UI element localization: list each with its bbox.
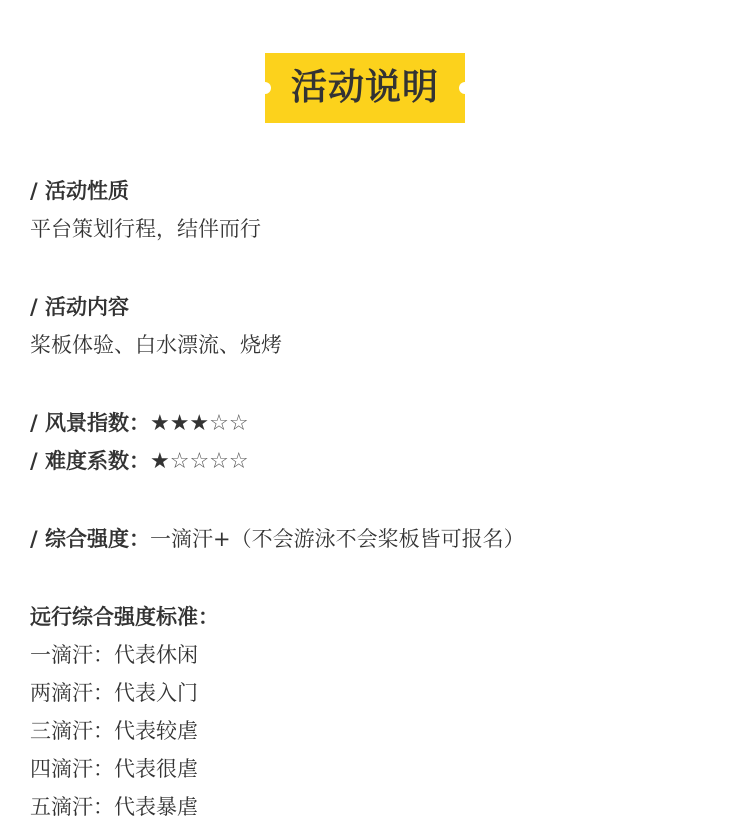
standard-item: 两滴汗：代表入门: [30, 674, 710, 712]
activity-description-banner: 活动说明: [265, 53, 465, 123]
nature-body: 平台策划行程，结伴而行: [30, 210, 710, 248]
spacer: [30, 558, 710, 598]
star-empty-icon: ☆☆: [209, 411, 248, 436]
banner-title: 活动说明: [291, 70, 439, 106]
standard-item: 一滴汗：代表休闲: [30, 636, 710, 674]
spacer: [30, 364, 710, 404]
scenery-rating-row: / 风景指数：★★★☆☆: [30, 404, 710, 442]
star-filled-icon: ★★★: [150, 411, 209, 436]
spacer: [30, 248, 710, 288]
scenery-stars: ★★★☆☆: [150, 411, 249, 436]
intensity-row: / 综合强度：一滴汗+（不会游泳不会桨板皆可报名）: [30, 520, 710, 558]
standard-item: 五滴汗：代表暴虐: [30, 788, 710, 826]
standard-item: 三滴汗：代表较虐: [30, 712, 710, 750]
intensity-value: 一滴汗+（不会游泳不会桨板皆可报名）: [150, 527, 525, 551]
intensity-label: / 综合强度：: [30, 527, 150, 551]
standard-heading: 远行综合强度标准：: [30, 598, 710, 636]
nature-heading: / 活动性质: [30, 172, 710, 210]
standard-item: 四滴汗：代表很虐: [30, 750, 710, 788]
ticket-notch-left: [259, 82, 271, 94]
content-heading: / 活动内容: [30, 288, 710, 326]
scenery-label: / 风景指数：: [30, 411, 150, 435]
ticket-notch-right: [459, 82, 471, 94]
star-filled-icon: ★: [150, 449, 170, 474]
star-empty-icon: ☆☆☆☆: [170, 449, 249, 474]
content-body: 桨板体验、白水漂流、烧烤: [30, 326, 710, 364]
difficulty-label: / 难度系数：: [30, 449, 150, 473]
activity-details: / 活动性质 平台策划行程，结伴而行 / 活动内容 桨板体验、白水漂流、烧烤 /…: [30, 172, 710, 826]
difficulty-stars: ★☆☆☆☆: [150, 449, 249, 474]
spacer: [30, 480, 710, 520]
difficulty-rating-row: / 难度系数：★☆☆☆☆: [30, 442, 710, 480]
